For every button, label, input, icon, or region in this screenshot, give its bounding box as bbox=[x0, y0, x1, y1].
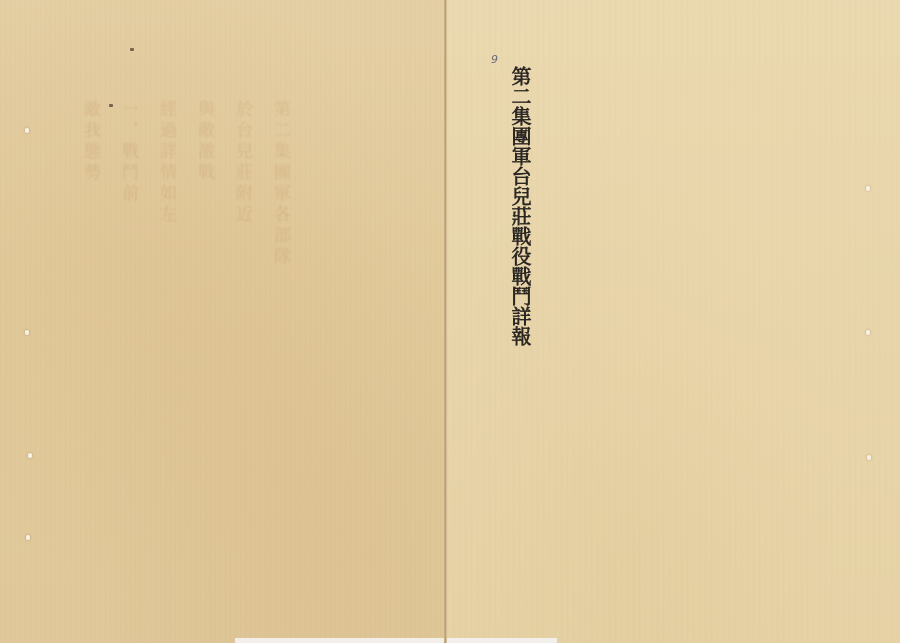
document-spread: 第二集團軍各部隊 於台兒莊附近 與敵激戰 經過詳情如左 一、戰鬥前 敵我態勢 9… bbox=[0, 0, 900, 643]
punch-hole bbox=[867, 455, 871, 460]
punch-hole bbox=[25, 128, 29, 133]
punch-hole bbox=[28, 453, 32, 458]
ink-speck bbox=[109, 104, 113, 107]
document-title: 第二集團軍台兒莊戰役戰鬥詳報 bbox=[508, 66, 532, 346]
ghost-text-column: 與敵激戰 bbox=[194, 100, 214, 600]
ink-speck bbox=[130, 48, 134, 51]
left-page: 第二集團軍各部隊 於台兒莊附近 與敵激戰 經過詳情如左 一、戰鬥前 敵我態勢 bbox=[0, 0, 446, 643]
punch-hole bbox=[866, 186, 870, 191]
ghost-text-column: 於台兒莊附近 bbox=[232, 100, 252, 600]
page-bottom-edge bbox=[235, 638, 446, 643]
punch-hole bbox=[866, 330, 870, 335]
ghost-text-column: 第二集團軍各部隊 bbox=[270, 100, 290, 600]
page-number: 9 bbox=[491, 53, 498, 66]
ghost-text-column: 敵我態勢 bbox=[80, 100, 100, 600]
page-bottom-edge bbox=[447, 638, 557, 643]
show-through-text: 第二集團軍各部隊 於台兒莊附近 與敵激戰 經過詳情如左 一、戰鬥前 敵我態勢 bbox=[70, 100, 290, 600]
punch-hole bbox=[25, 330, 29, 335]
ghost-text-column: 一、戰鬥前 bbox=[118, 100, 138, 600]
punch-hole bbox=[26, 535, 30, 540]
ghost-text-column: 經過詳情如左 bbox=[156, 100, 176, 600]
